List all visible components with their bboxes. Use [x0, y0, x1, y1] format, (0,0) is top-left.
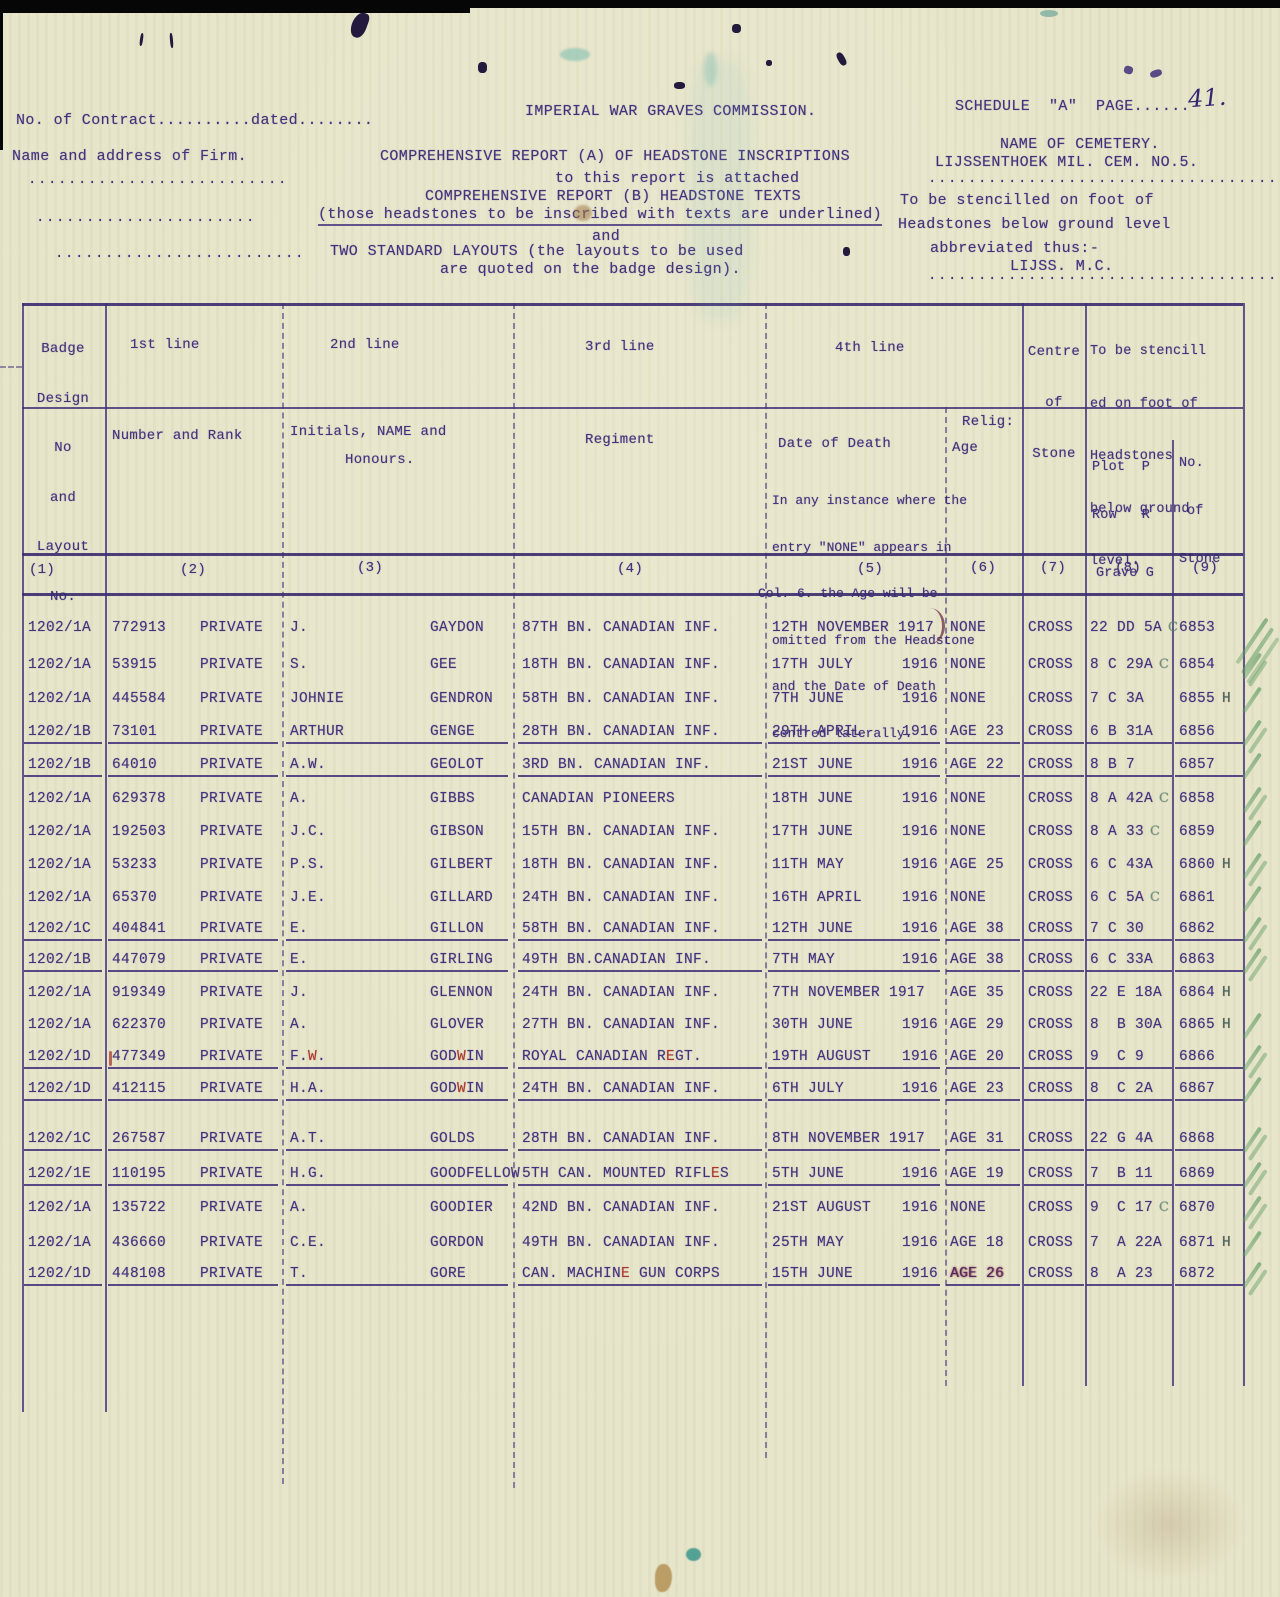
cell-number-rank: 53233PRIVATE	[112, 857, 276, 879]
cell-grave: 22 G 4A	[1090, 1131, 1170, 1153]
table-row: 1202/1B447079PRIVATEE.GIRLING49TH BN.CAN…	[0, 952, 1280, 978]
ink-speck	[674, 82, 685, 89]
cell-stone: 6868	[1179, 1131, 1241, 1153]
table-row: 1202/1A919349PRIVATEJ.GLENNON24TH BN. CA…	[0, 985, 1280, 1011]
cell-regiment: 15TH BN. CANADIAN INF.	[522, 824, 760, 846]
contract-line: No. of Contract..........dated........	[16, 112, 373, 129]
cell-age: AGE 18	[950, 1235, 1018, 1257]
col-number-8: (8)	[1098, 560, 1158, 576]
cell-age: NONE	[950, 1200, 1018, 1222]
initials-header-1: Initials, NAME and	[290, 424, 447, 440]
cell-date: 16TH APRIL1916	[772, 890, 938, 912]
scanned-document-page: No. of Contract..........dated........ N…	[0, 0, 1280, 1597]
paper-stain	[574, 205, 592, 221]
cell-name: A.GLOVER	[290, 1017, 506, 1039]
cell-date: 19TH AUGUST1916	[772, 1049, 938, 1071]
cell-name: F.W.GODWIN	[290, 1049, 506, 1071]
cell-religion: CROSS	[1028, 1049, 1082, 1071]
handwritten-page-number: 41.	[1187, 83, 1227, 114]
cell-number-rank: 65370PRIVATE	[112, 890, 276, 912]
table-row: 1202/1A622370PRIVATEA.GLOVER27TH BN. CAN…	[0, 1017, 1280, 1043]
table-horizontal-line	[22, 593, 1243, 596]
scan-tint-band	[690, 60, 750, 320]
cell-stone: 6856	[1179, 724, 1241, 746]
cemetery-label: NAME OF CEMETERY.	[1000, 136, 1160, 153]
cell-age: NONE	[950, 791, 1018, 813]
cell-name: ARTHURGENGE	[290, 724, 506, 746]
cell-date: 17TH JUNE1916	[772, 824, 938, 846]
cell-stone: 6859	[1179, 824, 1241, 846]
table-row: 1202/1B64010PRIVATEA.W.GEOLOT3RD BN. CAN…	[0, 757, 1280, 783]
cell-age: AGE 23	[950, 1081, 1018, 1103]
cell-regiment: 24TH BN. CANADIAN INF.	[522, 985, 760, 1007]
col-number-4: (4)	[600, 561, 660, 577]
schedule-page-line: SCHEDULE "A" PAGE......	[955, 98, 1190, 115]
cell-stone: 6860H	[1179, 857, 1241, 879]
cell-badge: 1202/1A	[28, 824, 100, 846]
ink-speck	[139, 33, 144, 46]
cell-number-rank: 53915PRIVATE	[112, 657, 276, 679]
cell-religion: CROSS	[1028, 1131, 1082, 1153]
table-row: 1202/1A135722PRIVATEA.GOODIER42ND BN. CA…	[0, 1200, 1280, 1226]
cell-stone: 6863	[1179, 952, 1241, 974]
table-row: 1202/1C267587PRIVATEA.T.GOLDS28TH BN. CA…	[0, 1131, 1280, 1157]
cell-name: J.GAYDON	[290, 620, 506, 642]
age-header: Age	[952, 440, 978, 456]
green-check-mark	[1242, 885, 1262, 912]
teal-drop-stain	[686, 1548, 701, 1561]
green-check-mark	[1242, 686, 1262, 713]
table-row: 1202/1A772913PRIVATEJ.GAYDON87TH BN. CAN…	[0, 620, 1280, 646]
table-row: 1202/1A436660PRIVATEC.E.GORDON49TH BN. C…	[0, 1235, 1280, 1261]
header-2nd-line: 2nd line	[330, 337, 400, 353]
cell-stone: 6853	[1179, 620, 1241, 642]
cell-number-rank: 772913PRIVATE	[112, 620, 276, 642]
cell-badge: 1202/1A	[28, 1017, 100, 1039]
report-a-title: COMPREHENSIVE REPORT (A) OF HEADSTONE IN…	[380, 148, 850, 165]
cell-grave: 7 C 3A	[1090, 691, 1170, 713]
cell-badge: 1202/1E	[28, 1166, 100, 1188]
cell-number-rank: 448108PRIVATE	[112, 1266, 276, 1288]
ink-speck	[169, 33, 173, 48]
cell-badge: 1202/1D	[28, 1081, 100, 1103]
cell-age: NONE	[950, 890, 1018, 912]
table-row: 1202/1B73101PRIVATEARTHURGENGE28TH BN. C…	[0, 724, 1280, 750]
green-check-mark	[1242, 1126, 1262, 1153]
cell-stone: 6858	[1179, 791, 1241, 813]
green-check-mark	[1242, 1044, 1262, 1071]
cell-date: 15TH JUNE1916	[772, 1266, 938, 1288]
cell-number-rank: 919349PRIVATE	[112, 985, 276, 1007]
cell-stone: 6857	[1179, 757, 1241, 779]
cell-stone: 6869	[1179, 1166, 1241, 1188]
cell-religion: CROSS	[1028, 985, 1082, 1007]
cell-regiment: 42ND BN. CANADIAN INF.	[522, 1200, 760, 1222]
cell-religion: CROSS	[1028, 1266, 1082, 1288]
initials-header-2: Honours.	[345, 452, 415, 468]
organisation-title: IMPERIAL WAR GRAVES COMMISSION.	[525, 103, 816, 120]
cell-religion: CROSS	[1028, 952, 1082, 974]
table-row: 1202/1D448108PRIVATET.GORECAN. MACHINE G…	[0, 1266, 1280, 1292]
cell-stone: 6871H	[1179, 1235, 1241, 1257]
badge-design-header: Badge Design No and Layout No.	[26, 308, 100, 638]
cell-regiment: 58TH BN. CANADIAN INF.	[522, 691, 760, 713]
cell-age: NONE	[950, 620, 1018, 642]
cell-grave: 8 B 30A	[1090, 1017, 1170, 1039]
cell-stone: 6866	[1179, 1049, 1241, 1071]
col-number-5: (5)	[840, 561, 900, 577]
teal-speck	[1040, 10, 1058, 17]
table-horizontal-line	[22, 303, 1243, 306]
cell-grave: 7 C 30	[1090, 921, 1170, 943]
stencil-note-1: To be stencilled on foot of	[900, 192, 1154, 209]
cell-age: AGE 25	[950, 857, 1018, 879]
scan-edge-top-right	[1240, 0, 1280, 6]
cell-age: AGE 20	[950, 1049, 1018, 1071]
cell-religion: CROSS	[1028, 724, 1082, 746]
col-number-6: (6)	[953, 560, 1013, 576]
cell-grave: 6 B 31A	[1090, 724, 1170, 746]
cell-date: 12TH NOVEMBER 1917	[772, 620, 938, 642]
centre-of-stone-header: Centre of Stone	[1024, 310, 1084, 497]
cell-grave: 8 A 23	[1090, 1266, 1170, 1288]
cell-grave: 8 A 33C	[1090, 824, 1170, 846]
cell-name: A.W.GEOLOT	[290, 757, 506, 779]
cell-age: AGE 22	[950, 757, 1018, 779]
cell-name: H.G.GOODFELLOW	[290, 1166, 506, 1188]
cell-grave: 9 C 9	[1090, 1049, 1170, 1071]
cell-grave: 7 A 22A	[1090, 1235, 1170, 1257]
red-tick-mark	[109, 1051, 112, 1066]
ink-speck	[843, 247, 850, 256]
table-row: 1202/1A629378PRIVATEA.GIBBSCANADIAN PION…	[0, 791, 1280, 817]
cell-badge: 1202/1A	[28, 657, 100, 679]
pencil-squiggle	[1149, 68, 1163, 78]
green-check-mark	[1242, 1195, 1262, 1222]
ink-speck	[766, 60, 772, 66]
cell-religion: CROSS	[1028, 791, 1082, 813]
cell-name: S.GEE	[290, 657, 506, 679]
stencil-note-2: Headstones below ground level	[898, 216, 1171, 233]
cell-number-rank: 412115PRIVATE	[112, 1081, 276, 1103]
cell-number-rank: 135722PRIVATE	[112, 1200, 276, 1222]
cell-number-rank: 477349PRIVATE	[112, 1049, 276, 1071]
cell-number-rank: 622370PRIVATE	[112, 1017, 276, 1039]
cell-badge: 1202/1A	[28, 1200, 100, 1222]
cell-grave: 7 B 11	[1090, 1166, 1170, 1188]
cell-grave: 6 C 33A	[1090, 952, 1170, 974]
green-check-mark	[1242, 1012, 1262, 1039]
cell-religion: CROSS	[1028, 1200, 1082, 1222]
cell-name: E.GIRLING	[290, 952, 506, 974]
dotted-line-right-top: ......................................	[928, 171, 1280, 187]
dotted-line-1: ..........................	[28, 172, 288, 188]
table-row: 1202/1A192503PRIVATEJ.C.GIBSON15TH BN. C…	[0, 824, 1280, 850]
cell-religion: CROSS	[1028, 1235, 1082, 1257]
cell-age: AGE 26	[950, 1266, 1018, 1288]
cell-religion: CROSS	[1028, 691, 1082, 713]
cell-regiment: CAN. MACHINE GUN CORPS	[522, 1266, 760, 1288]
cell-name: T.GORE	[290, 1266, 506, 1288]
cell-name: C.E.GORDON	[290, 1235, 506, 1257]
cell-religion: CROSS	[1028, 757, 1082, 779]
cell-name: A.T.GOLDS	[290, 1131, 506, 1153]
scan-edge-top-left	[0, 0, 470, 13]
cell-grave: 6 C 5AC	[1090, 890, 1170, 912]
cell-stone: 6865H	[1179, 1017, 1241, 1039]
number-rank-header: Number and Rank	[112, 428, 243, 444]
cell-date: 12TH JUNE1916	[772, 921, 938, 943]
cell-religion: CROSS	[1028, 890, 1082, 912]
cell-name: JOHNIEGENDRON	[290, 691, 506, 713]
cell-badge: 1202/1A	[28, 1235, 100, 1257]
margin-dash	[0, 366, 22, 368]
cell-date: 30TH JUNE1916	[772, 1017, 938, 1039]
cell-regiment: CANADIAN PIONEERS	[522, 791, 760, 813]
table-horizontal-line	[22, 553, 1243, 556]
green-check-mark	[1242, 719, 1262, 746]
cell-grave: 22 DD 5AC	[1090, 620, 1170, 642]
col-number-9: (9)	[1177, 560, 1233, 576]
cell-badge: 1202/1D	[28, 1266, 100, 1288]
cell-age: AGE 19	[950, 1166, 1018, 1188]
regiment-header: Regiment	[585, 432, 655, 448]
cell-regiment: 49TH BN. CANADIAN INF.	[522, 1235, 760, 1257]
cell-date: 25TH MAY1916	[772, 1235, 938, 1257]
cell-age: AGE 31	[950, 1131, 1018, 1153]
cell-date: 21ST JUNE1916	[772, 757, 938, 779]
cell-grave: 8 A 42AC	[1090, 791, 1170, 813]
cell-age: AGE 23	[950, 724, 1018, 746]
table-row: 1202/1D412115PRIVATEH.A.GODWIN24TH BN. C…	[0, 1081, 1280, 1107]
cell-religion: CROSS	[1028, 620, 1082, 642]
cell-badge: 1202/1A	[28, 791, 100, 813]
green-check-mark	[1242, 1230, 1262, 1257]
green-check-mark	[1242, 852, 1262, 879]
table-row: 1202/1A53915PRIVATES.GEE18TH BN. CANADIA…	[0, 657, 1280, 683]
cell-stone: 6855H	[1179, 691, 1241, 713]
dotted-line-right-bottom: ...................................	[928, 268, 1278, 284]
cell-grave: 8 B 7	[1090, 757, 1170, 779]
cell-age: NONE	[950, 691, 1018, 713]
cell-name: H.A.GODWIN	[290, 1081, 506, 1103]
header-1st-line: 1st line	[130, 337, 200, 353]
cell-stone: 6864H	[1179, 985, 1241, 1007]
cell-badge: 1202/1D	[28, 1049, 100, 1071]
ink-speck	[732, 24, 741, 33]
cell-religion: CROSS	[1028, 1081, 1082, 1103]
cell-grave: 8 C 2A	[1090, 1081, 1170, 1103]
cell-date: 8TH NOVEMBER 1917	[772, 1131, 938, 1153]
cell-date: 7TH JUNE1916	[772, 691, 938, 713]
green-check-mark	[1242, 1161, 1262, 1188]
cell-date: 6TH JULY1916	[772, 1081, 938, 1103]
cell-age: NONE	[950, 824, 1018, 846]
firm-line: Name and address of Firm.	[12, 148, 247, 165]
ink-blot	[348, 10, 371, 40]
cell-name: E.GILLON	[290, 921, 506, 943]
cell-date: 7TH MAY1916	[772, 952, 938, 974]
cell-date: 17TH JULY1916	[772, 657, 938, 679]
cell-date: 7TH NOVEMBER 1917	[772, 985, 938, 1007]
ink-speck	[835, 51, 848, 67]
cell-number-rank: 192503PRIVATE	[112, 824, 276, 846]
cell-name: A.GIBBS	[290, 791, 506, 813]
cell-stone: 6862	[1179, 921, 1241, 943]
col-number-7: (7)	[1023, 560, 1083, 576]
green-check-mark	[1242, 752, 1262, 779]
cell-regiment: 24TH BN. CANADIAN INF.	[522, 890, 760, 912]
cell-name: P.S.GILBERT	[290, 857, 506, 879]
cell-date: 5TH JUNE1916	[772, 1166, 938, 1188]
cell-age: NONE	[950, 657, 1018, 679]
report-attached-line: to this report is attached	[555, 170, 799, 187]
teal-smudge	[560, 48, 590, 61]
stencil-note-3: abbreviated thus:-	[930, 240, 1099, 257]
cell-grave: 6 C 43A	[1090, 857, 1170, 879]
cell-number-rank: 404841PRIVATE	[112, 921, 276, 943]
underline-note: (those headstones to be inscribed with t…	[318, 206, 882, 226]
cell-religion: CROSS	[1028, 857, 1082, 879]
cell-date: 29TH APRIL1916	[772, 724, 938, 746]
ink-speck	[478, 62, 487, 73]
cell-badge: 1202/1B	[28, 724, 100, 746]
cell-badge: 1202/1A	[28, 620, 100, 642]
cell-badge: 1202/1A	[28, 857, 100, 879]
cell-religion: CROSS	[1028, 824, 1082, 846]
plot-row-grave-header: Plot P Row R Grave G	[1092, 428, 1154, 614]
cell-number-rank: 267587PRIVATE	[112, 1131, 276, 1153]
corner-smudge	[1095, 1470, 1245, 1580]
table-row: 1202/1C404841PRIVATEE.GILLON58TH BN. CAN…	[0, 921, 1280, 947]
cell-number-rank: 64010PRIVATE	[112, 757, 276, 779]
religion-header: Relig:	[962, 414, 1014, 430]
cell-number-rank: 447079PRIVATE	[112, 952, 276, 974]
col-number-2: (2)	[163, 562, 223, 578]
cemetery-name: LIJSSENTHOEK MIL. CEM. NO.5.	[935, 154, 1198, 171]
cell-badge: 1202/1B	[28, 952, 100, 974]
cell-grave: 8 C 29AC	[1090, 657, 1170, 679]
cell-name: J.C.GIBSON	[290, 824, 506, 846]
cell-religion: CROSS	[1028, 1166, 1082, 1188]
cell-age: AGE 38	[950, 921, 1018, 943]
cell-name: A.GOODIER	[290, 1200, 506, 1222]
cell-regiment: 49TH BN.CANADIAN INF.	[522, 952, 760, 974]
table-row: 1202/1E110195PRIVATEH.G.GOODFELLOW5TH CA…	[0, 1166, 1280, 1192]
cell-stone: 6861	[1179, 890, 1241, 912]
cell-religion: CROSS	[1028, 921, 1082, 943]
layouts-line-1: TWO STANDARD LAYOUTS (the layouts to be …	[330, 243, 744, 260]
cell-stone: 6854	[1179, 657, 1241, 679]
cell-stone: 6867	[1179, 1081, 1241, 1103]
table-row: 1202/1A445584PRIVATEJOHNIEGENDRON58TH BN…	[0, 691, 1280, 717]
cell-stone: 6872	[1179, 1266, 1241, 1288]
cell-regiment: 87TH BN. CANADIAN INF.	[522, 620, 760, 642]
cell-regiment: 28TH BN. CANADIAN INF.	[522, 1131, 760, 1153]
cell-regiment: 3RD BN. CANADIAN INF.	[522, 757, 760, 779]
green-check-mark	[1242, 1261, 1262, 1288]
header-4th-line: 4th line	[835, 340, 905, 356]
cell-regiment: 24TH BN. CANADIAN INF.	[522, 1081, 760, 1103]
cell-grave: 22 E 18A	[1090, 985, 1170, 1007]
green-check-mark	[1242, 786, 1262, 813]
green-check-mark	[1242, 652, 1262, 679]
cell-badge: 1202/1C	[28, 1131, 100, 1153]
cell-regiment: 58TH BN. CANADIAN INF.	[522, 921, 760, 943]
cell-number-rank: 436660PRIVATE	[112, 1235, 276, 1257]
green-check-mark	[1242, 819, 1262, 846]
table-row: 1202/1A65370PRIVATEJ.E.GILLARD24TH BN. C…	[0, 890, 1280, 916]
cell-religion: CROSS	[1028, 657, 1082, 679]
cell-name: J.E.GILLARD	[290, 890, 506, 912]
cell-number-rank: 73101PRIVATE	[112, 724, 276, 746]
ink-drop-stain	[655, 1564, 672, 1592]
cell-regiment: 27TH BN. CANADIAN INF.	[522, 1017, 760, 1039]
cell-regiment: ROYAL CANADIAN REGT.	[522, 1049, 760, 1071]
cell-date: 11TH MAY1916	[772, 857, 938, 879]
cell-name: J.GLENNON	[290, 985, 506, 1007]
table-horizontal-line	[22, 407, 1243, 409]
cell-number-rank: 110195PRIVATE	[112, 1166, 276, 1188]
cell-number-rank: 445584PRIVATE	[112, 691, 276, 713]
cell-age: AGE 29	[950, 1017, 1018, 1039]
cell-regiment: 5TH CAN. MOUNTED RIFLES	[522, 1166, 760, 1188]
cell-badge: 1202/1A	[28, 890, 100, 912]
dotted-line-2: ......................	[36, 210, 256, 226]
cell-date: 21ST AUGUST1916	[772, 1200, 938, 1222]
cell-religion: CROSS	[1028, 1017, 1082, 1039]
cell-badge: 1202/1B	[28, 757, 100, 779]
table-row: 1202/1D477349PRIVATEF.W.GODWINROYAL CANA…	[0, 1049, 1280, 1075]
cell-grave: 9 C 17C	[1090, 1200, 1170, 1222]
scan-edge-left	[0, 0, 3, 150]
cell-stone: 6870	[1179, 1200, 1241, 1222]
cell-badge: 1202/1A	[28, 691, 100, 713]
cell-regiment: 18TH BN. CANADIAN INF.	[522, 657, 760, 679]
green-check-mark	[1242, 916, 1262, 943]
cell-age: AGE 35	[950, 985, 1018, 1007]
table-row: 1202/1A53233PRIVATEP.S.GILBERT18TH BN. C…	[0, 857, 1280, 883]
cell-age: AGE 38	[950, 952, 1018, 974]
date-of-death-header: Date of Death	[778, 436, 891, 452]
cell-badge: 1202/1A	[28, 985, 100, 1007]
header-3rd-line: 3rd line	[585, 339, 655, 355]
col-number-3: (3)	[340, 560, 400, 576]
cell-badge: 1202/1C	[28, 921, 100, 943]
cell-number-rank: 629378PRIVATE	[112, 791, 276, 813]
cell-regiment: 28TH BN. CANADIAN INF.	[522, 724, 760, 746]
dotted-line-3: .........................	[55, 246, 305, 262]
pencil-squiggle	[1123, 65, 1134, 75]
green-check-mark	[1242, 1076, 1262, 1103]
cell-regiment: 18TH BN. CANADIAN INF.	[522, 857, 760, 879]
green-check-mark	[1242, 947, 1262, 974]
cell-date: 18TH JUNE1916	[772, 791, 938, 813]
